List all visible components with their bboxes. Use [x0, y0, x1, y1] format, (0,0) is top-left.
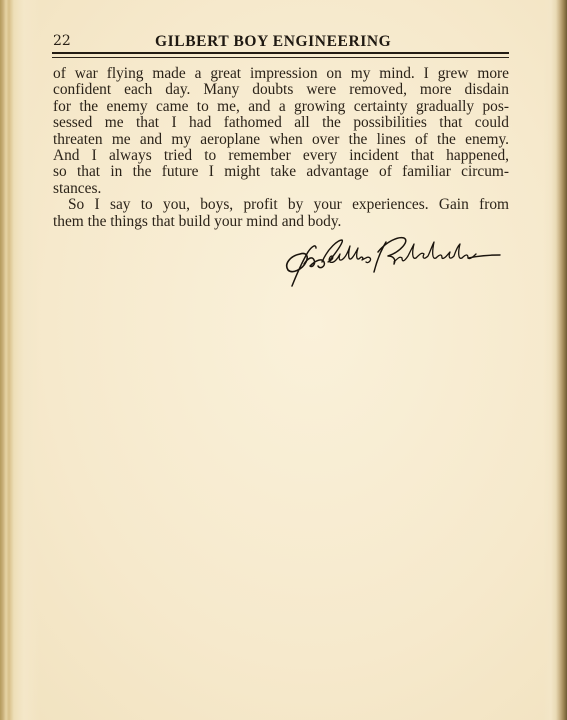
header-rule-thick	[52, 52, 509, 54]
paragraph-1: of war flying made a great impression on…	[53, 66, 509, 197]
text-line: threaten me and my aeroplane when over t…	[53, 132, 509, 148]
text-line: stances.	[53, 181, 509, 197]
text-line: And I always tried to remember every inc…	[53, 148, 509, 164]
book-page: 22 GILBERT BOY ENGINEERING of war flying…	[0, 0, 567, 720]
handwritten-signature-icon	[282, 232, 502, 292]
text-line: for the enemy came to me, and a growing …	[53, 99, 509, 115]
text-line: of war flying made a great impression on…	[53, 66, 509, 82]
page-number: 22	[53, 33, 71, 49]
paragraph-2: So I say to you, boys, profit by your ex…	[53, 197, 509, 230]
text-line: them the things that build your mind and…	[53, 214, 509, 230]
running-head-title: GILBERT BOY ENGINEERING	[155, 33, 407, 51]
text-line: so that in the future I might take advan…	[53, 164, 509, 180]
body-text: of war flying made a great impression on…	[53, 66, 509, 230]
text-line: So I say to you, boys, profit by your ex…	[53, 197, 509, 213]
text-line: sessed me that I had fathomed all the po…	[53, 115, 509, 131]
text-line: confident each day. Many doubts were rem…	[53, 82, 509, 98]
header-rule-thin	[52, 57, 509, 58]
